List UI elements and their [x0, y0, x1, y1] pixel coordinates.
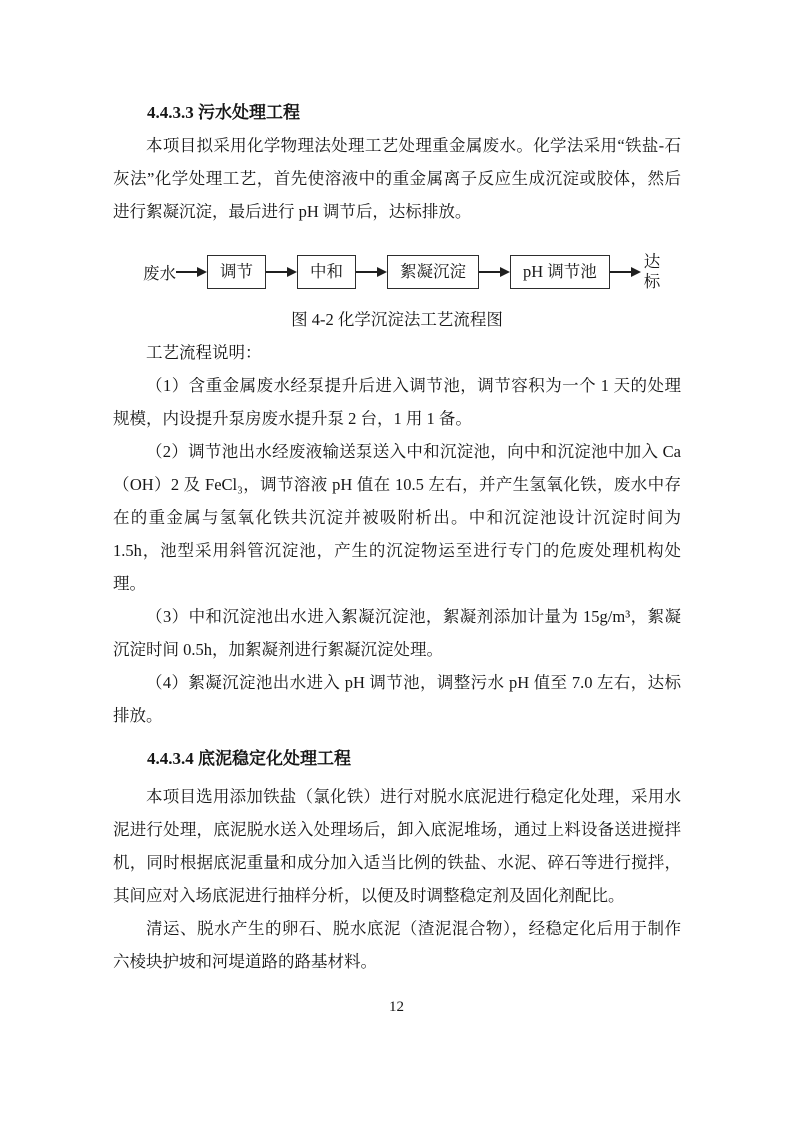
flow-step-box-neutralization: 中和 [297, 255, 356, 289]
flow-step-box-ph-adjust: pH 调节池 [510, 255, 610, 289]
flow-output-label: 达 标 [644, 252, 661, 292]
process-note-item-2: （2）调节池出水经废液输送泵送入中和沉淀池，向中和沉淀池中加入 Ca（OH）2 … [113, 435, 681, 600]
process-note-item-1: （1）含重金属废水经泵提升后进入调节池，调节容积为一个 1 天的处理规模，内设提… [113, 369, 681, 435]
flow-input-label: 废水 [143, 260, 176, 284]
sediment-paragraph-2: 清运、脱水产生的卵石、脱水底泥（渣泥混合物），经稳定化后用于制作六棱块护坡和河堤… [113, 912, 681, 978]
sediment-paragraph-1: 本项目选用添加铁盐（氯化铁）进行对脱水底泥进行稳定化处理，采用水泥进行处理，底泥… [113, 780, 681, 912]
document-page: 4.4.3.3 污水处理工程 本项目拟采用化学物理法处理工艺处理重金属废水。化学… [0, 0, 793, 1122]
flow-arrow-icon [610, 267, 641, 277]
flow-step-box-regulation: 调节 [207, 255, 266, 289]
section-heading-sediment: 4.4.3.4 底泥稳定化处理工程 [113, 742, 681, 775]
flow-arrow-icon [266, 267, 297, 277]
flow-arrow-icon [356, 267, 387, 277]
sewage-intro-paragraph: 本项目拟采用化学物理法处理工艺处理重金属废水。化学法采用“铁盐-石灰法”化学处理… [113, 129, 681, 228]
process-note-item-3: （3）中和沉淀池出水进入絮凝沉淀池，絮凝剂添加计量为 15g/m³，絮凝沉淀时间… [113, 600, 681, 666]
page-number: 12 [0, 997, 793, 1017]
process-flow-diagram: 废水 调节 中和 絮凝沉淀 pH 调节池 达 标 [113, 241, 681, 303]
flow-arrow-icon [479, 267, 510, 277]
flow-arrow-icon [176, 267, 207, 277]
flow-output-char-bottom: 标 [644, 272, 661, 292]
flow-step-box-flocculation: 絮凝沉淀 [387, 255, 479, 289]
process-notes-title: 工艺流程说明： [113, 336, 681, 369]
section-heading-sewage: 4.4.3.3 污水处理工程 [113, 96, 681, 129]
process-note-item-4: （4）絮凝沉淀池出水进入 pH 调节池，调整污水 pH 值至 7.0 左右，达标… [113, 666, 681, 732]
flow-output-char-top: 达 [644, 252, 661, 272]
figure-caption: 图 4-2 化学沉淀法工艺流程图 [113, 303, 681, 336]
